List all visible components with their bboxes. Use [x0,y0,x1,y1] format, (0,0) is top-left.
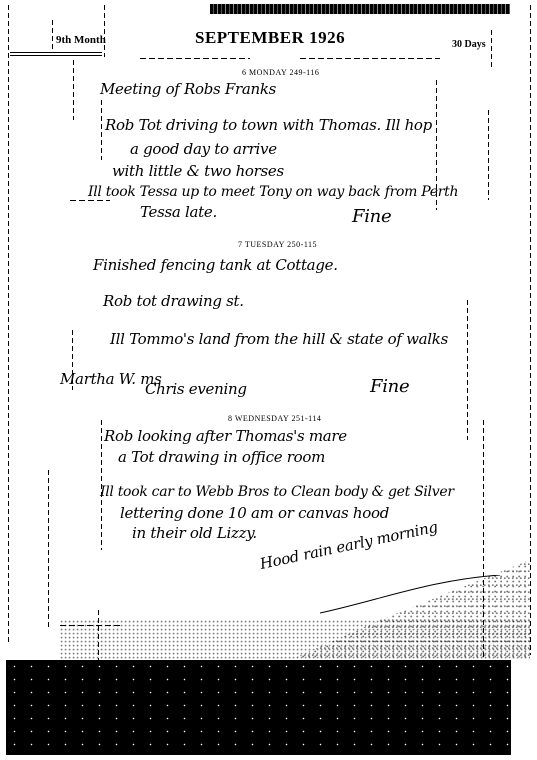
scan-dark-band [6,660,511,755]
scan-noise [60,620,530,660]
entry-line: Finished fencing tank at Cottage. [93,256,338,274]
entry-line: Tessa late. [140,203,217,221]
entry-line: Ill took car to Webb Bros to Clean body … [100,484,454,500]
entry-line: Chris evening [145,380,247,398]
scan-edge-curve [320,575,500,615]
entry-line: a Tot drawing in office room [118,448,325,466]
entry-line: in their old Lizzy. [132,524,257,542]
entry-line: with little & two horses [112,162,284,180]
day-heading-monday: 6 MONDAY 249-116 [242,68,319,77]
right-margin-line [530,5,531,655]
weather-note: Fine [370,376,409,397]
ruling-line [467,300,468,440]
entry-line: Ill took Tessa up to meet Tony on way ba… [88,184,458,200]
month-number-label: 9th Month [56,34,106,46]
entry-line: Rob Tot driving to town with Thomas. Ill… [105,116,432,134]
ruling-line [488,110,489,200]
ruling-line [101,100,102,160]
entry-line: a good day to arrive [130,140,277,158]
diary-page: 9th Month SEPTEMBER 1926 30 Days 6 MONDA… [0,0,537,760]
page-title: SEPTEMBER 1926 [195,28,345,48]
entry-line: Meeting of Robs Franks [100,80,276,98]
entry-line: Hood rain early morning [258,518,439,573]
ruling-line [73,60,74,120]
ruling-line [48,470,49,630]
ruling-line [52,20,53,50]
month-tag-rule [10,52,102,53]
ruling-line [70,200,110,201]
left-margin-line [8,5,9,645]
day-heading-tuesday: 7 TUESDAY 250-115 [238,240,317,249]
weather-note: Fine [352,206,391,227]
entry-line: lettering done 10 am or canvas hood [120,504,389,522]
day-heading-wednesday: 8 WEDNESDAY 251-114 [228,414,321,423]
title-rule [300,58,440,59]
entry-line: Rob looking after Thomas's mare [104,427,347,445]
ruling-line [104,5,105,57]
ruling-line [491,30,492,70]
entry-line: Ill Tommo's land from the hill & state o… [110,330,448,348]
scan-edge-shadow [210,4,510,14]
entry-line: Rob tot drawing st. [103,292,244,310]
title-rule [140,58,250,59]
days-in-month-label: 30 Days [452,39,486,50]
month-tag-rule [10,55,102,56]
